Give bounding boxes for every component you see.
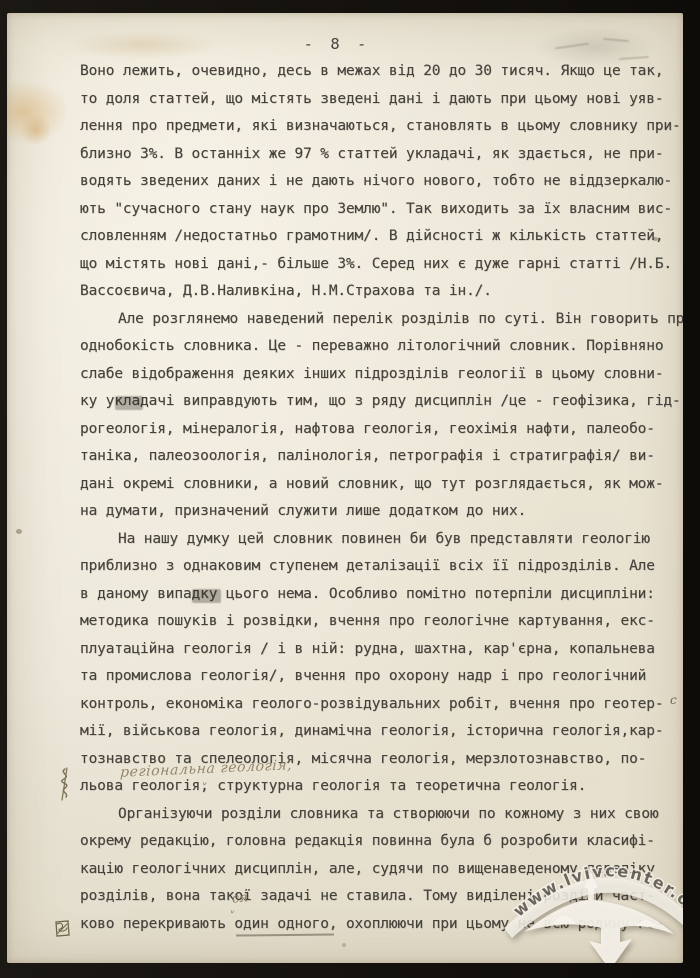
text-line: методика пошуків і розвідки, вчення про …: [80, 608, 680, 636]
text-line: приблизно з однаковим ступенем деталізац…: [80, 553, 680, 581]
text-line: словленням /недостатньо грамотним/. В ді…: [80, 223, 680, 251]
margin-mark-icon: [53, 918, 73, 942]
text-line: то доля статтей, що містять зведені дані…: [80, 86, 680, 114]
text-line: Організуючи розділи словника та створююч…: [80, 801, 680, 829]
paper-speck: [16, 529, 22, 534]
text-line: Воно лежить, очевидно, десь в межах від …: [80, 58, 680, 86]
text-line: лення про предмети, які визначаються, ст…: [80, 113, 680, 141]
text-line: Але розглянемо наведений перелік розділі…: [80, 306, 680, 334]
text-line: водять зведених даних і не дають нічого …: [80, 168, 680, 196]
text-line: в даному випадку цього нема. Особливо по…: [80, 581, 680, 609]
text-line: контроль, економіка геолого-розвідувальн…: [80, 691, 680, 719]
text-line: ють "сучасного стану наук про Землю". Та…: [80, 196, 680, 224]
watermark: www.lvivcenter.org: [496, 828, 683, 963]
text-line: льова геологія, структурна геологія та т…: [80, 773, 680, 801]
text-line: однобокість словника. Це - переважно літ…: [80, 333, 680, 361]
scanned-photo: - 8 - Воно лежить, очевидно, десь в межа…: [0, 0, 700, 978]
text-block: Воно лежить, очевидно, десь в межах від …: [80, 58, 680, 938]
text-line: слабе відображення деяких інших підрозді…: [80, 361, 680, 389]
text-line: таніка, палеозоологія, палінологія, петр…: [80, 443, 680, 471]
text-line: плуатаційна геологія / і в ній: рудна, ш…: [80, 636, 680, 664]
pencil-smudge: [555, 43, 589, 50]
text-line: Вассоєвича, Д.В.Наливкіна, Н.М.Страхова …: [80, 278, 680, 306]
text-line: близно 3%. В останніх же 97 % статтей ук…: [80, 141, 680, 169]
text-line: що містять нові дані,- більше 3%. Серед …: [80, 251, 680, 279]
paper-stain: [69, 31, 219, 59]
text-line: ку укладачі виправдують тим, що з ряду д…: [80, 388, 680, 416]
text-line: тознавство та спелеологія, місячна геоло…: [80, 746, 680, 774]
document-page: - 8 - Воно лежить, очевидно, десь в межа…: [7, 13, 683, 963]
margin-mark-icon: [51, 767, 79, 805]
overtype-smudge: [192, 589, 221, 603]
paper-stain: [19, 115, 53, 145]
text-line: на думати, призначений служити лише дода…: [80, 498, 680, 526]
text-line: мії, військова геологія, динамічна геоло…: [80, 718, 680, 746]
pencil-smudge: [603, 38, 629, 42]
page-number: - 8 -: [287, 35, 387, 53]
paper-speck: [342, 943, 346, 947]
text-line: дані окремі словники, а новий словник, щ…: [80, 471, 680, 499]
paper-stain: [7, 79, 71, 145]
text-line: рогеологія, мінералогія, нафтова геологі…: [80, 416, 680, 444]
overtype-smudge: [115, 396, 143, 410]
text-line: На нашу думку цей словник повинен би був…: [80, 526, 680, 554]
text-line: та промислова геологія/, вчення про охор…: [80, 663, 680, 691]
